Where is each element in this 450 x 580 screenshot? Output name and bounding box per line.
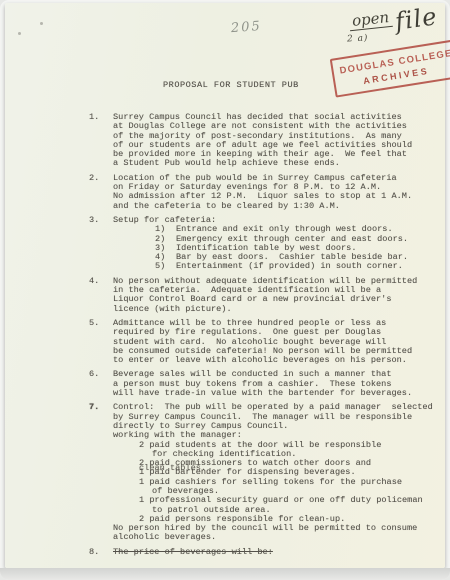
proposal-item-5: 5.Admittance will be to three hundred pe… bbox=[89, 319, 441, 365]
item-number: 7. bbox=[89, 403, 99, 412]
item-number: 3. bbox=[89, 216, 99, 225]
item-number: 2. bbox=[89, 174, 99, 183]
line-text: licence (with picture). bbox=[113, 304, 232, 314]
handwritten-open-note-sub: 2 a) bbox=[347, 33, 369, 44]
proposal-item-7: 7.Control: The pub will be operated by a… bbox=[89, 403, 441, 542]
item-number: 4. bbox=[89, 277, 99, 286]
line-text: alcoholic beverages. bbox=[113, 532, 216, 542]
document-line: The price of beverages will be: bbox=[113, 548, 441, 557]
line-text: The price of beverages will be: bbox=[113, 547, 273, 557]
document-line: a Student Pub would help achieve these e… bbox=[113, 159, 441, 168]
line-text: a Student Pub would help achieve these e… bbox=[113, 158, 340, 168]
list-sub-item: 5)Entertainment (if provided) in south c… bbox=[113, 262, 441, 271]
scan-background: 205 open 2 a) file DOUGLAS COLLEGE ARCHI… bbox=[0, 0, 450, 580]
overtyped-text: clean tables. bbox=[139, 464, 206, 473]
proposal-item-8: 8.The price of beverages will be: bbox=[89, 548, 441, 557]
handwritten-open-note: open bbox=[348, 8, 393, 31]
line-text: to enter or leave with alcoholic beverag… bbox=[113, 355, 407, 365]
document-line: licence (with picture). bbox=[113, 305, 441, 314]
proposal-item-2: 2.Location of the pub would be in Surrey… bbox=[89, 174, 441, 211]
sub-item-number: 5) bbox=[155, 262, 176, 271]
document-line: alcoholic beverages. bbox=[113, 533, 441, 542]
line-text: Entertainment (if provided) in south cor… bbox=[176, 261, 403, 271]
item-number: 1. bbox=[89, 113, 99, 122]
proposal-items: 1.Surrey Campus Council has decided that… bbox=[89, 113, 441, 562]
paper-speck bbox=[18, 32, 21, 35]
document-page: 205 open 2 a) file DOUGLAS COLLEGE ARCHI… bbox=[5, 3, 445, 568]
document-line: will have trade-in value with the barten… bbox=[113, 389, 441, 398]
document-line: to enter or leave with alcoholic beverag… bbox=[113, 356, 441, 365]
item-number: 5. bbox=[89, 319, 99, 328]
line-text: will have trade-in value with the barten… bbox=[113, 388, 412, 398]
handwritten-file-note: file bbox=[393, 2, 439, 36]
document-line: and the cafeteria to be cleared by 1:30 … bbox=[113, 202, 441, 211]
document-title: PROPOSAL FOR STUDENT PUB bbox=[163, 80, 299, 90]
handwritten-page-number: 205 bbox=[231, 19, 263, 36]
scan-bottom-edge bbox=[0, 568, 450, 580]
item-number: 8. bbox=[89, 548, 99, 557]
proposal-item-3: 3.Setup for cafeteria:1)Entrance and exi… bbox=[89, 216, 441, 272]
line-text: and the cafeteria to be cleared by 1:30 … bbox=[113, 201, 340, 211]
proposal-item-1: 1.Surrey Campus Council has decided that… bbox=[89, 113, 441, 169]
proposal-item-4: 4.No person without adequate identificat… bbox=[89, 277, 441, 314]
paper-speck bbox=[40, 22, 43, 25]
archives-stamp: DOUGLAS COLLEGE ARCHIVES bbox=[330, 39, 450, 97]
proposal-item-6: 6.Beverage sales will be conducted in su… bbox=[89, 370, 441, 398]
item-number: 6. bbox=[89, 370, 99, 379]
